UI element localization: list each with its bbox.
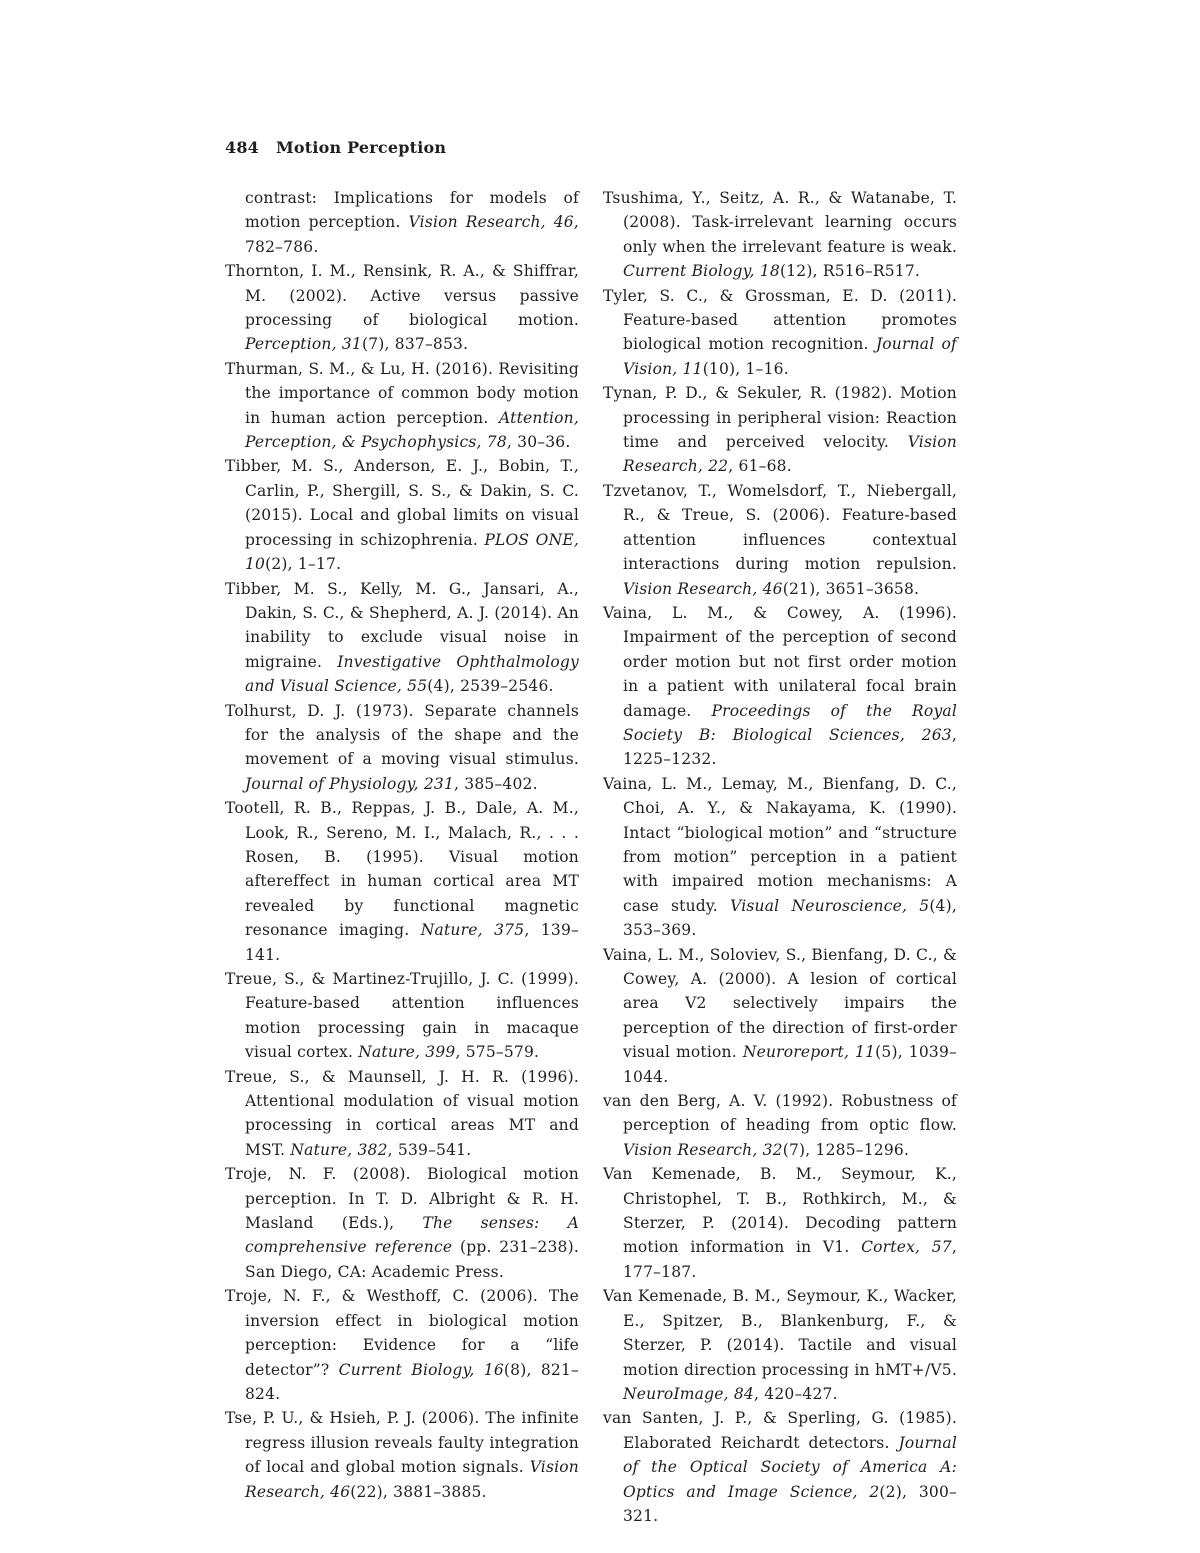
- reference-entry: Tootell, R. B., Reppas, J. B., Dale, A. …: [225, 796, 579, 967]
- reference-text: (2), 1–17.: [265, 555, 341, 573]
- reference-entry: Tzvetanov, T., Womelsdorf, T., Niebergal…: [603, 479, 957, 601]
- reference-text: Van Kemenade, B. M., Seymour, K., Wacker…: [603, 1287, 957, 1378]
- reference-entry: Tolhurst, D. J. (1973). Separate channel…: [225, 699, 579, 797]
- reference-journal-italic: Neuroreport, 11: [743, 1043, 875, 1061]
- reference-entry: Tynan, P. D., & Sekuler, R. (1982). Moti…: [603, 381, 957, 479]
- reference-text: Tse, P. U., & Hsieh, P. J. (2006). The i…: [225, 1409, 579, 1476]
- reference-entry: Tyler, S. C., & Grossman, E. D. (2011). …: [603, 284, 957, 382]
- reference-text: , 30–36.: [507, 433, 571, 451]
- reference-text: Tsushima, Y., Seitz, A. R., & Watanabe, …: [603, 189, 957, 256]
- reference-entry: Vaina, L. M., Soloviev, S., Bienfang, D.…: [603, 943, 957, 1089]
- reference-journal-italic: Nature, 382: [290, 1141, 387, 1159]
- page-number: 484: [225, 138, 259, 157]
- reference-text: (7), 1285–1296.: [783, 1141, 909, 1159]
- reference-text: Tynan, P. D., & Sekuler, R. (1982). Moti…: [603, 384, 957, 451]
- reference-text: (22), 3881–3885.: [350, 1483, 486, 1501]
- reference-entry: Tsushima, Y., Seitz, A. R., & Watanabe, …: [603, 186, 957, 284]
- reference-entry: Troje, N. F., & Westhoff, C. (2006). The…: [225, 1284, 579, 1406]
- reference-entry: Treue, S., & Maunsell, J. H. R. (1996). …: [225, 1065, 579, 1163]
- reference-journal-italic: Visual Neuroscience, 5: [730, 897, 929, 915]
- reference-text: , 420–427.: [754, 1385, 838, 1403]
- reference-entry: Thurman, S. M., & Lu, H. (2016). Revisit…: [225, 357, 579, 455]
- reference-journal-italic: Vision Research, 46: [409, 213, 574, 231]
- reference-text: (7), 837–853.: [362, 335, 468, 353]
- reference-entry: Treue, S., & Martinez-Trujillo, J. C. (1…: [225, 967, 579, 1065]
- reference-journal-italic: Vision Research, 46: [623, 580, 783, 598]
- reference-entry: Vaina, L. M., & Cowey, A. (1996). Impair…: [603, 601, 957, 772]
- reference-text: (12), R516–R517.: [780, 262, 920, 280]
- reference-text: Thornton, I. M., Rensink, R. A., & Shiff…: [225, 262, 579, 329]
- reference-text: (10), 1–16.: [703, 360, 789, 378]
- book-page: 484Motion Perception contrast: Implicati…: [0, 0, 1200, 1553]
- reference-journal-italic: Perception, 31: [245, 335, 362, 353]
- reference-text: (21), 3651–3658.: [783, 580, 919, 598]
- references-column-right: Tsushima, Y., Seitz, A. R., & Watanabe, …: [603, 186, 957, 1528]
- reference-text: , 575–579.: [455, 1043, 539, 1061]
- reference-entry: Van Kemenade, B. M., Seymour, K., Christ…: [603, 1162, 957, 1284]
- references-column-left: contrast: Implications for models of mot…: [225, 186, 579, 1528]
- reference-journal-italic: Cortex, 57: [861, 1238, 952, 1256]
- reference-text: Tzvetanov, T., Womelsdorf, T., Niebergal…: [603, 482, 957, 573]
- reference-journal-italic: Nature, 399: [358, 1043, 455, 1061]
- section-title: Motion Perception: [276, 138, 446, 157]
- reference-entry: Tse, P. U., & Hsieh, P. J. (2006). The i…: [225, 1406, 579, 1504]
- reference-journal-italic: NeuroImage, 84: [623, 1385, 754, 1403]
- reference-entry: Van Kemenade, B. M., Seymour, K., Wacker…: [603, 1284, 957, 1406]
- reference-journal-italic: Current Biology, 18: [623, 262, 780, 280]
- reference-text: , 539–541.: [388, 1141, 472, 1159]
- reference-text: Tolhurst, D. J. (1973). Separate channel…: [225, 702, 579, 769]
- reference-entry: Thornton, I. M., Rensink, R. A., & Shiff…: [225, 259, 579, 357]
- reference-journal-italic: Nature, 375: [421, 921, 525, 939]
- reference-text: , 385–402.: [454, 775, 538, 793]
- reference-text: van den Berg, A. V. (1992). Robustness o…: [603, 1092, 957, 1134]
- reference-entry: van den Berg, A. V. (1992). Robustness o…: [603, 1089, 957, 1162]
- reference-entry-continued: contrast: Implications for models of mot…: [225, 186, 579, 259]
- reference-text: , 61–68.: [728, 457, 792, 475]
- reference-entry: Vaina, L. M., Lemay, M., Bienfang, D. C.…: [603, 772, 957, 943]
- reference-entry: van Santen, J. P., & Sperling, G. (1985)…: [603, 1406, 957, 1528]
- reference-text: Tootell, R. B., Reppas, J. B., Dale, A. …: [225, 799, 579, 939]
- reference-text: Vaina, L. M., Lemay, M., Bienfang, D. C.…: [603, 775, 957, 915]
- reference-text: (4), 2539–2546.: [427, 677, 553, 695]
- reference-journal-italic: Current Biology, 16: [339, 1361, 504, 1379]
- reference-entry: Tibber, M. S., Anderson, E. J., Bobin, T…: [225, 454, 579, 576]
- reference-entry: Tibber, M. S., Kelly, M. G., Jansari, A.…: [225, 577, 579, 699]
- references-columns: contrast: Implications for models of mot…: [225, 186, 957, 1528]
- running-head: 484Motion Perception: [225, 138, 446, 157]
- reference-journal-italic: Journal of Physiology, 231: [245, 775, 454, 793]
- reference-entry: Troje, N. F. (2008). Biological motion p…: [225, 1162, 579, 1284]
- reference-journal-italic: Vision Research, 32: [623, 1141, 783, 1159]
